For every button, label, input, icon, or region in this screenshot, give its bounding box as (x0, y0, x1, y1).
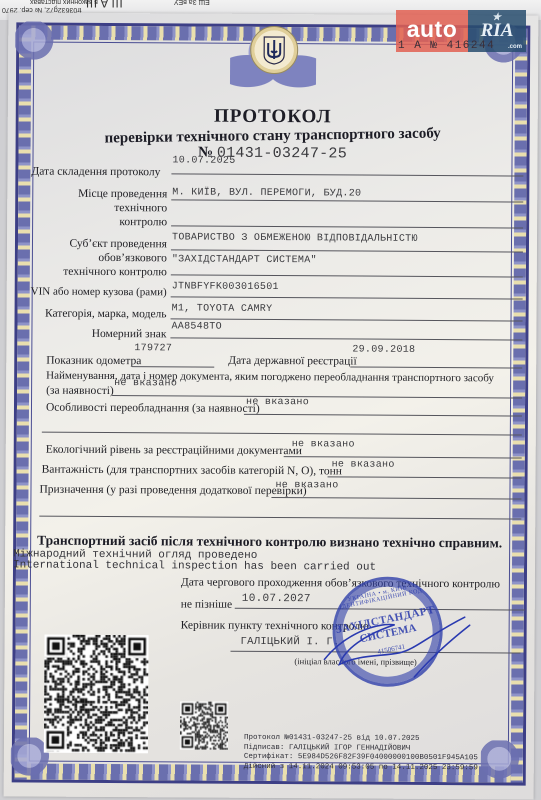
plate-value: AA8548TO (171, 321, 221, 332)
place-label-3: контролю (67, 215, 167, 230)
place-value: М. КИЇВ, ВУЛ. ПЕРЕМОГИ, БУД.20 (172, 187, 361, 199)
plate-label: Номерний знак (16, 326, 166, 341)
strip-text-mid: Ш А Ш (86, 0, 123, 10)
place-label-1: Місце проведення (67, 187, 167, 202)
number-value: 01431-03247-25 (217, 145, 347, 163)
odometer-label: Показник одометра (46, 354, 141, 369)
registration-label: Дата державної реєстрації (228, 354, 357, 369)
load-value: не вказано (332, 459, 395, 470)
place-label-2: технічного (67, 201, 167, 216)
document-number: № 01431-03247-25 (7, 143, 537, 163)
registration-value: 29.09.2018 (352, 344, 415, 355)
reequip-doc-value: не вказано (114, 378, 177, 389)
subject-label-2: обов’язкового (47, 251, 167, 266)
date-value: 10.07.2025 (172, 155, 235, 166)
reequip-features-label: Особливості переобладнання (за наявності… (46, 401, 260, 416)
category-value: M1, TOYOTA CAMRY (172, 303, 273, 315)
subject-label-3: технічного контролю (37, 265, 167, 280)
eco-value: не вказано (292, 439, 355, 450)
reequip-features-value: не вказано (246, 397, 309, 408)
star-icon: ★ (492, 12, 501, 23)
e-signature-block: Протокол №01431-03247-25 від 10.07.2025 … (244, 734, 478, 773)
reequip-doc-label-2: (за наявності) (46, 384, 114, 398)
strip-text-right: ЕЩ 3а вЕУ (174, 0, 210, 5)
corner-ornament-icon (15, 21, 61, 67)
e-signature-line-4: Дійсний з 14.11.2024 09:53:05 по 14.11.2… (244, 762, 478, 773)
corner-ornament-icon (481, 740, 527, 786)
trident-icon (262, 35, 286, 65)
signature-icon (304, 604, 474, 685)
next-check-label: Дата чергового проходження обов’язкового… (181, 575, 500, 591)
next-check-value: 10.07.2027 (242, 593, 311, 605)
subject-label-1: Суб’єкт проведення (47, 237, 167, 252)
date-label: Дата складення протоколу (31, 165, 160, 180)
subject-value-2: "ЗАХІДСТАНДАРТ СИСТЕМА" (172, 254, 317, 266)
purpose-value: не вказано (275, 480, 338, 491)
eco-label: Екологічний рівень за реєстраційними док… (46, 443, 302, 459)
qr-code-large[interactable] (44, 635, 149, 754)
purpose-label: Призначення (у разі проведення додатково… (39, 483, 306, 499)
autoria-logo-ria-text: RIA (481, 20, 514, 42)
next-check-prefix: не пізніше (181, 597, 232, 611)
protocol-document: ПРОТОКОЛ перевірки технічного стану тран… (4, 12, 539, 799)
qr-code-small[interactable] (180, 701, 228, 749)
ornament-band-right (511, 28, 528, 782)
category-label: Категорія, марка, модель (17, 306, 167, 321)
trident-medallion (250, 26, 298, 74)
subject-value-1: ТОВАРИСТВО З ОБМЕЖЕНОЮ ВІДПОВІДАЛЬНІСТЮ (172, 232, 418, 245)
state-emblem (230, 20, 316, 99)
odometer-value: 179727 (134, 343, 172, 354)
form-serial-number: 1 А № 416244 (398, 40, 495, 52)
autoria-logo-suffix: .com (508, 44, 522, 50)
vin-label: VIN або номер кузова (рами) (17, 284, 167, 299)
intl-inspection-en: International technical inspection has b… (13, 559, 376, 573)
load-label: Вантажність (для транспортних засобів ка… (42, 463, 342, 479)
vin-value: JTNBFYFK003016501 (172, 281, 279, 293)
